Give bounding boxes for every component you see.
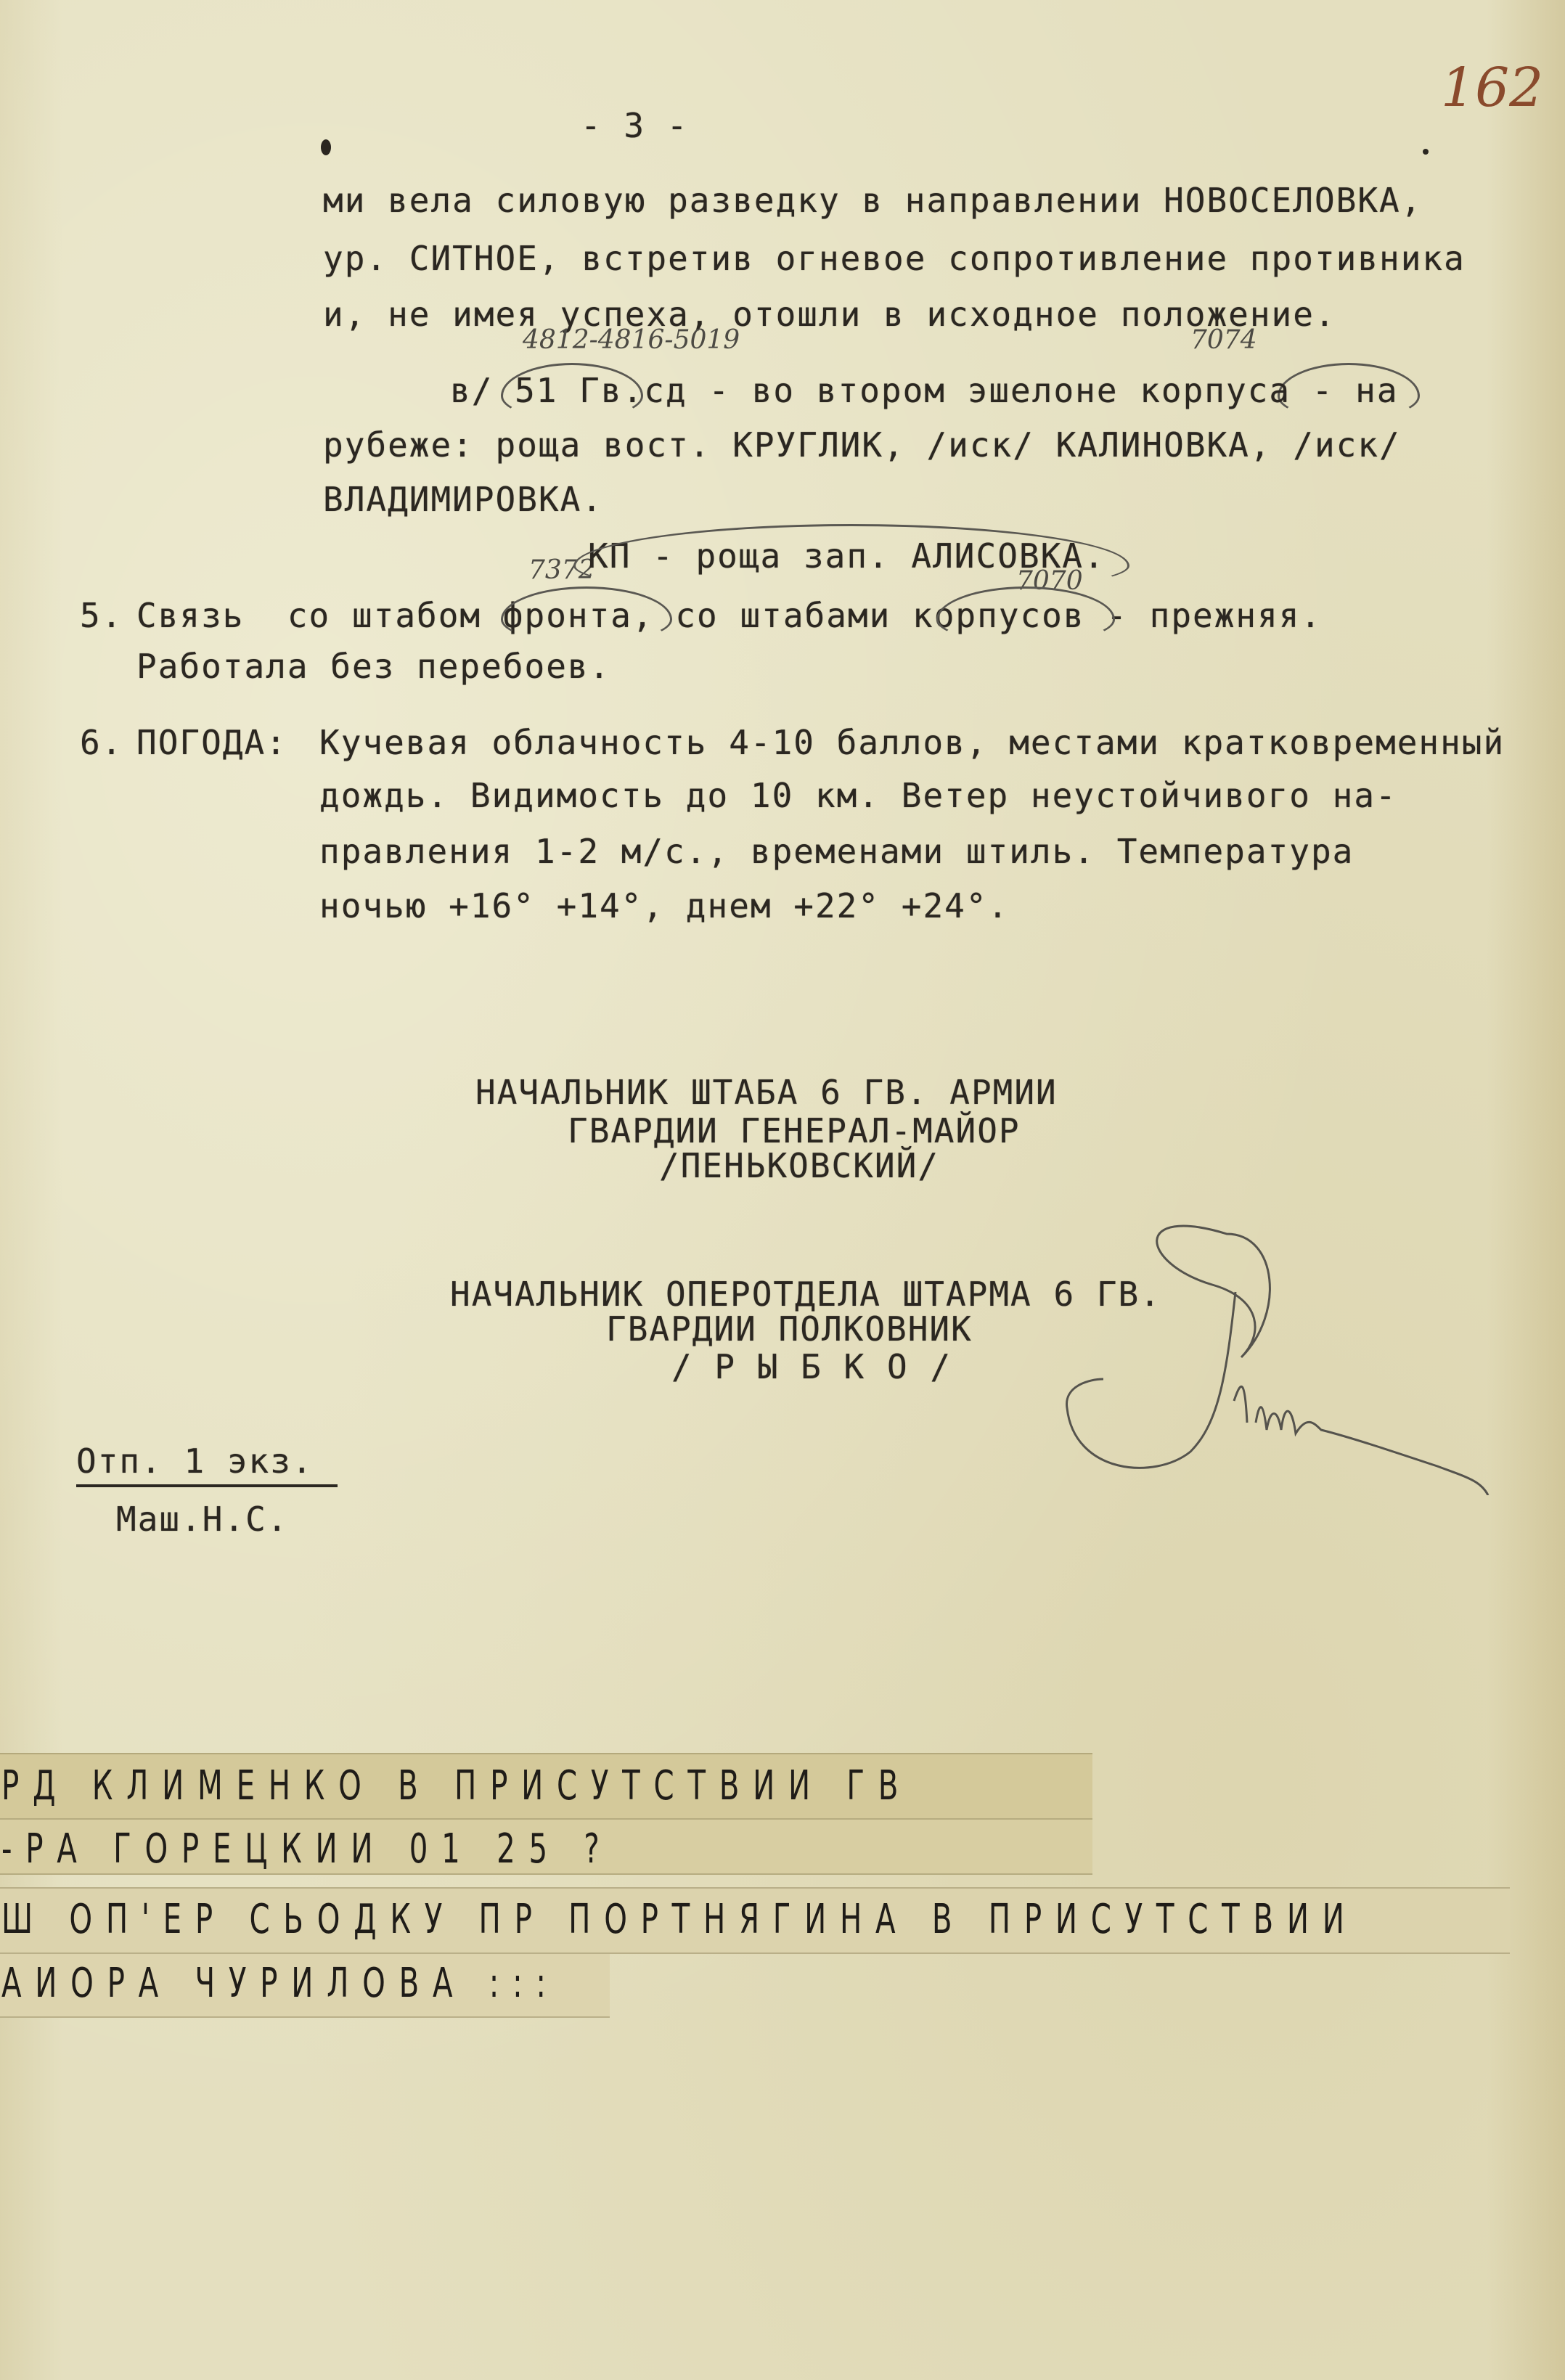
body-line: в/ 51 Гв.сд - во втором эшелоне корпуса … bbox=[450, 374, 1399, 407]
body-line: ми вела силовую разведку в направлении Н… bbox=[323, 184, 1422, 217]
punch-mark bbox=[1423, 149, 1429, 155]
weather-line: ночью +16° +14°, днем +22° +24°. bbox=[319, 889, 1009, 923]
signature-rank: ГВАРДИИ ПОЛКОВНИК bbox=[606, 1312, 973, 1346]
tape-line: Ш ОП'ЕР СЬОДКУ ПР ПОРТНЯГИНА В ПРИСУТСТВ… bbox=[1, 1896, 1358, 1943]
body-line: рубеже: роща вост. КРУГЛИК, /иск/ КАЛИНО… bbox=[323, 428, 1401, 462]
weather-label: ПОГОДА: bbox=[136, 726, 287, 759]
handwritten-annotation: 4812-4816-5019 bbox=[523, 325, 740, 355]
tape-line: РД КЛИМЕНКО В ПРИСУТСТВИИ ГВ bbox=[1, 1762, 912, 1809]
typist-note: Маш.Н.С. bbox=[116, 1502, 289, 1536]
copies-note: Отп. 1 экз. bbox=[76, 1444, 314, 1478]
body-line: ВЛАДИМИРОВКА. bbox=[323, 483, 603, 516]
handwritten-signature bbox=[1045, 1190, 1510, 1495]
tape-line: АИОРА ЧУРИЛОВА ::: bbox=[1, 1960, 560, 2007]
section-number: 6. bbox=[80, 726, 123, 759]
signature-rank: ГВАРДИИ ГЕНЕРАЛ-МАЙОР bbox=[568, 1114, 1021, 1148]
section5-line1: Связь со штабом фронта, со штабами корпу… bbox=[136, 599, 1322, 632]
weather-line: Кучевая облачность 4-10 баллов, местами … bbox=[319, 726, 1505, 759]
weather-line: правления 1-2 м/с., временами штиль. Тем… bbox=[319, 835, 1354, 868]
folio-number: 162 bbox=[1441, 57, 1543, 119]
copies-underline bbox=[76, 1484, 338, 1487]
signature-title: НАЧАЛЬНИК ШТАБА 6 ГВ. АРМИИ bbox=[475, 1076, 1058, 1109]
body-line: ур. СИТНОЕ, встретив огневое сопротивлен… bbox=[323, 242, 1466, 275]
handwritten-annotation: 7074 bbox=[1190, 325, 1257, 355]
section-number: 5. bbox=[80, 599, 123, 632]
pencil-circle bbox=[501, 586, 672, 642]
tape-line: -РА ГОРЕЦКИИ 01 25 ? bbox=[1, 1825, 613, 1873]
signature-name: / Р Ы Б К О / bbox=[671, 1350, 952, 1383]
body-line: и, не имея успеха, отошли в исходное пол… bbox=[323, 298, 1336, 331]
punch-mark bbox=[321, 139, 331, 155]
page-number: - 3 - bbox=[581, 109, 688, 142]
weather-line: дождь. Видимость до 10 км. Ветер неустой… bbox=[319, 779, 1397, 812]
signature-name: /ПЕНЬКОВСКИЙ/ bbox=[659, 1149, 939, 1182]
pencil-circle bbox=[936, 586, 1115, 642]
pencil-circle bbox=[573, 524, 1129, 594]
section5-line2: Работала без перебоев. bbox=[136, 650, 610, 683]
